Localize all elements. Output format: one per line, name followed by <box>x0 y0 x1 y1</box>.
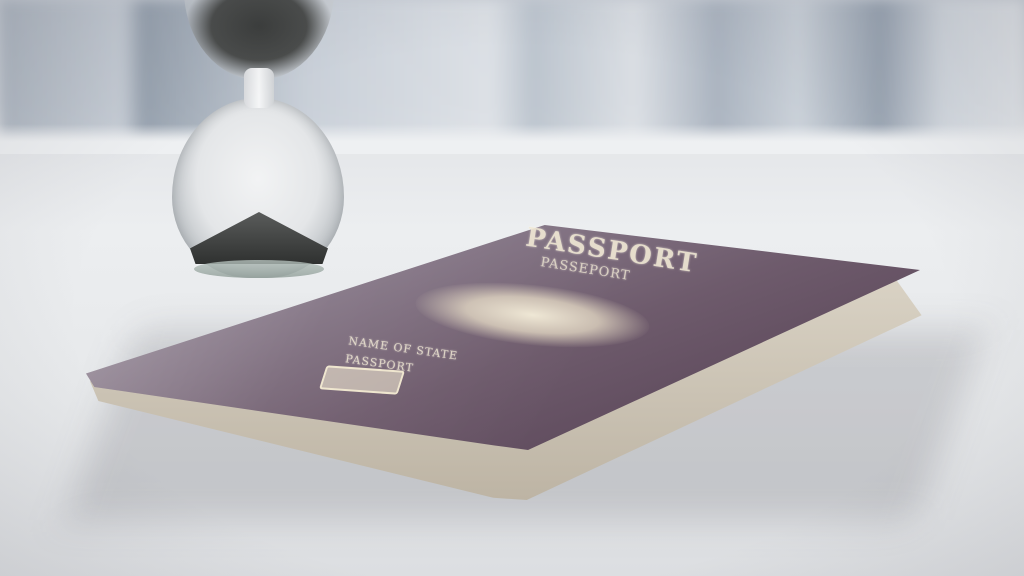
photo-scene: PASSPORT PASSEPORT NAME OF STATE PASSPOR… <box>0 0 1024 576</box>
hourglass-base <box>194 260 324 278</box>
hourglass <box>170 0 348 290</box>
hourglass-neck <box>244 68 274 108</box>
blurred-window-background <box>0 0 1024 140</box>
table-surface <box>0 124 1024 154</box>
